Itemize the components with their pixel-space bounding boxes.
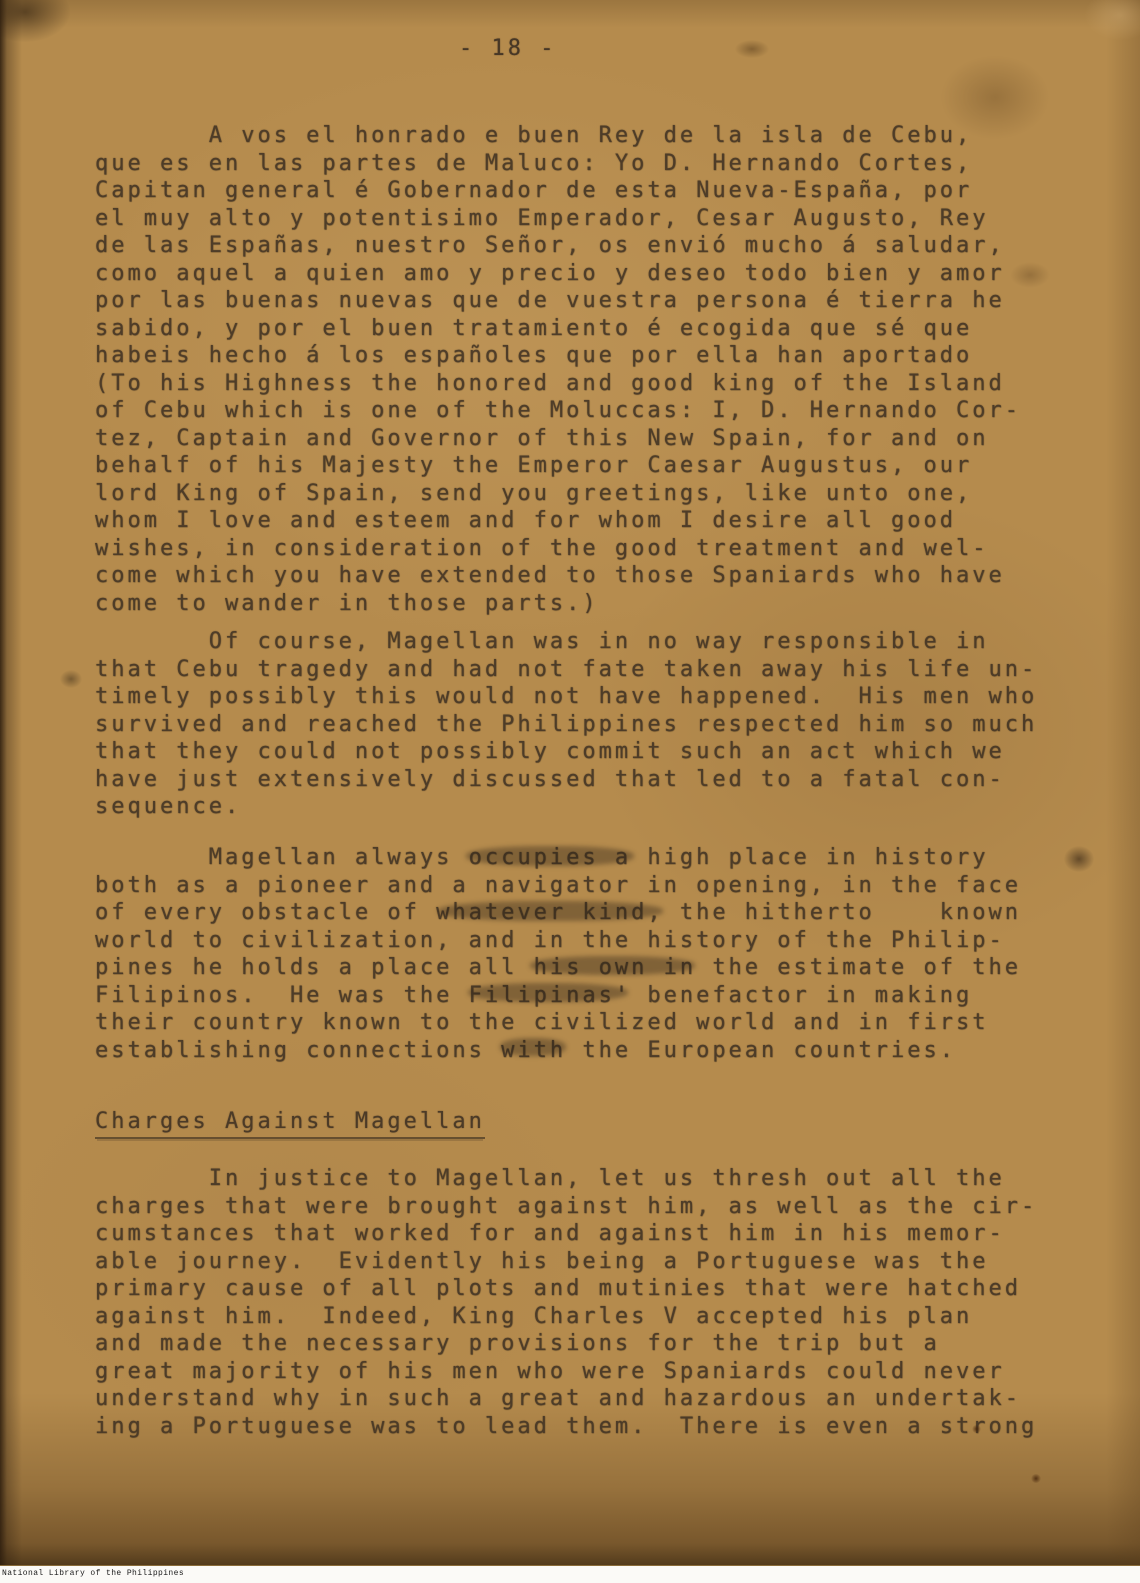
library-watermark: National Library of the Philippines — [2, 1569, 184, 1578]
paper-stain — [1064, 846, 1094, 872]
scanned-document-page: - 18 - A vos el honrado e buen Rey de la… — [0, 0, 1140, 1583]
paragraph-magellan-responsibility: Of course, Magellan was in no way respon… — [95, 628, 1037, 821]
paper-stain — [60, 670, 82, 688]
paragraph-charges-intro: In justice to Magellan, let us thresh ou… — [95, 1165, 1037, 1440]
paper-stain — [1085, 0, 1140, 40]
scan-footer-bar: National Library of the Philippines — [0, 1565, 1140, 1583]
page-number: - 18 - — [459, 36, 556, 61]
paper-stain — [0, 0, 70, 42]
section-heading: Charges Against Magellan — [95, 1108, 485, 1136]
paragraph-magellan-legacy: Magellan always occupies a high place in… — [95, 844, 1021, 1064]
paragraph-spanish-letter: A vos el honrado e buen Rey de la isla d… — [95, 122, 1021, 617]
paper-speck — [1031, 1474, 1041, 1483]
paper-stain — [735, 40, 769, 58]
section-heading-text: Charges Against Magellan — [95, 1109, 485, 1139]
